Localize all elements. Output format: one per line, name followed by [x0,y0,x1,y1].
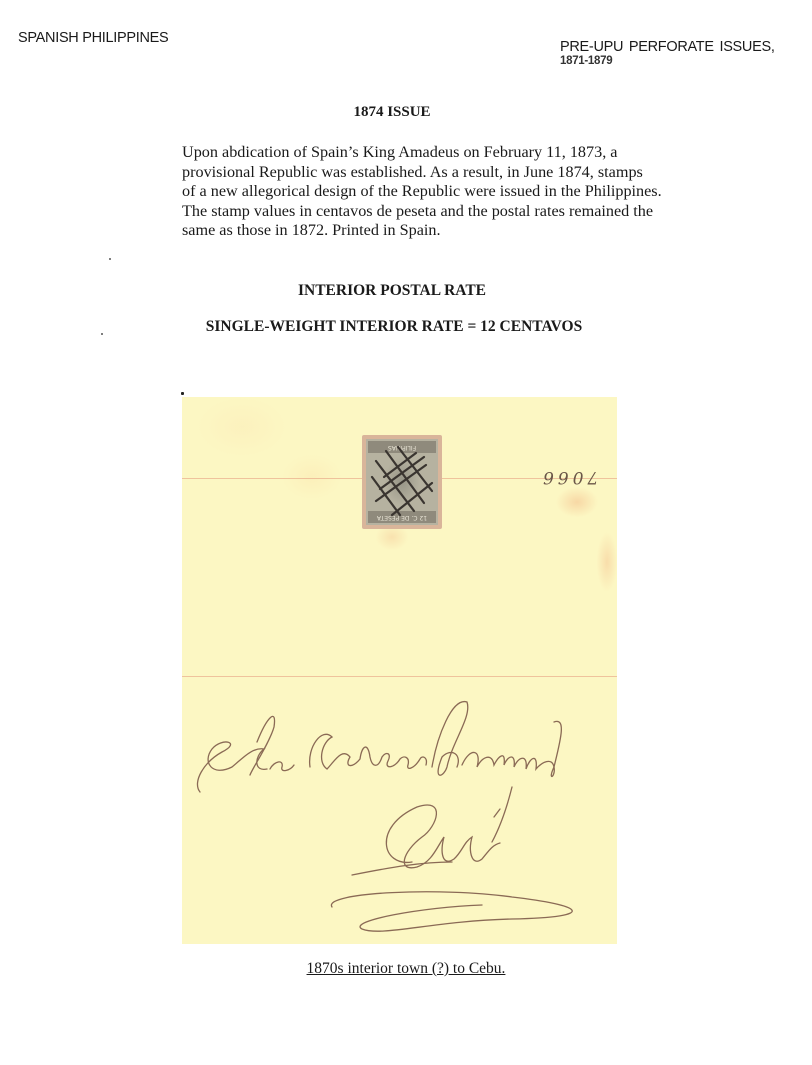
series-title-years: 1871-1879 [560,55,775,68]
intro-line: of a new allegorical design of the Repub… [182,182,672,202]
intro-line: same as those in 1872. Printed in Spain. [182,221,672,241]
issue-heading: 1874 ISSUE [0,104,798,121]
cover-caption: 1870s interior town (?) to Cebu. [0,960,812,978]
speck-mark [101,333,103,335]
postal-cover-image: 12 C. DE PESETA FILIPINAS 7066 [182,397,617,944]
series-title-line1: PRE-UPU PERFORATE ISSUES, [560,40,775,55]
album-page-country-title: SPANISH PHILIPPINES [18,30,168,46]
intro-line: provisional Republic was established. As… [182,163,672,183]
rate-heading: INTERIOR POSTAL RATE [0,282,798,300]
intro-line: The stamp values in centavos de peseta a… [182,202,672,222]
script-address-drawing [182,397,617,944]
intro-line: Upon abdication of Spain’s King Amadeus … [182,143,672,163]
caption-text: 1870s interior town (?) to Cebu. [307,960,506,977]
speck-mark [109,258,111,260]
intro-paragraph: Upon abdication of Spain’s King Amadeus … [182,143,672,241]
rate-detail: SINGLE-WEIGHT INTERIOR RATE = 12 CENTAVO… [0,318,800,336]
speck-mark [181,392,184,395]
album-page-series-title: PRE-UPU PERFORATE ISSUES, 1871-1879 [560,40,775,68]
